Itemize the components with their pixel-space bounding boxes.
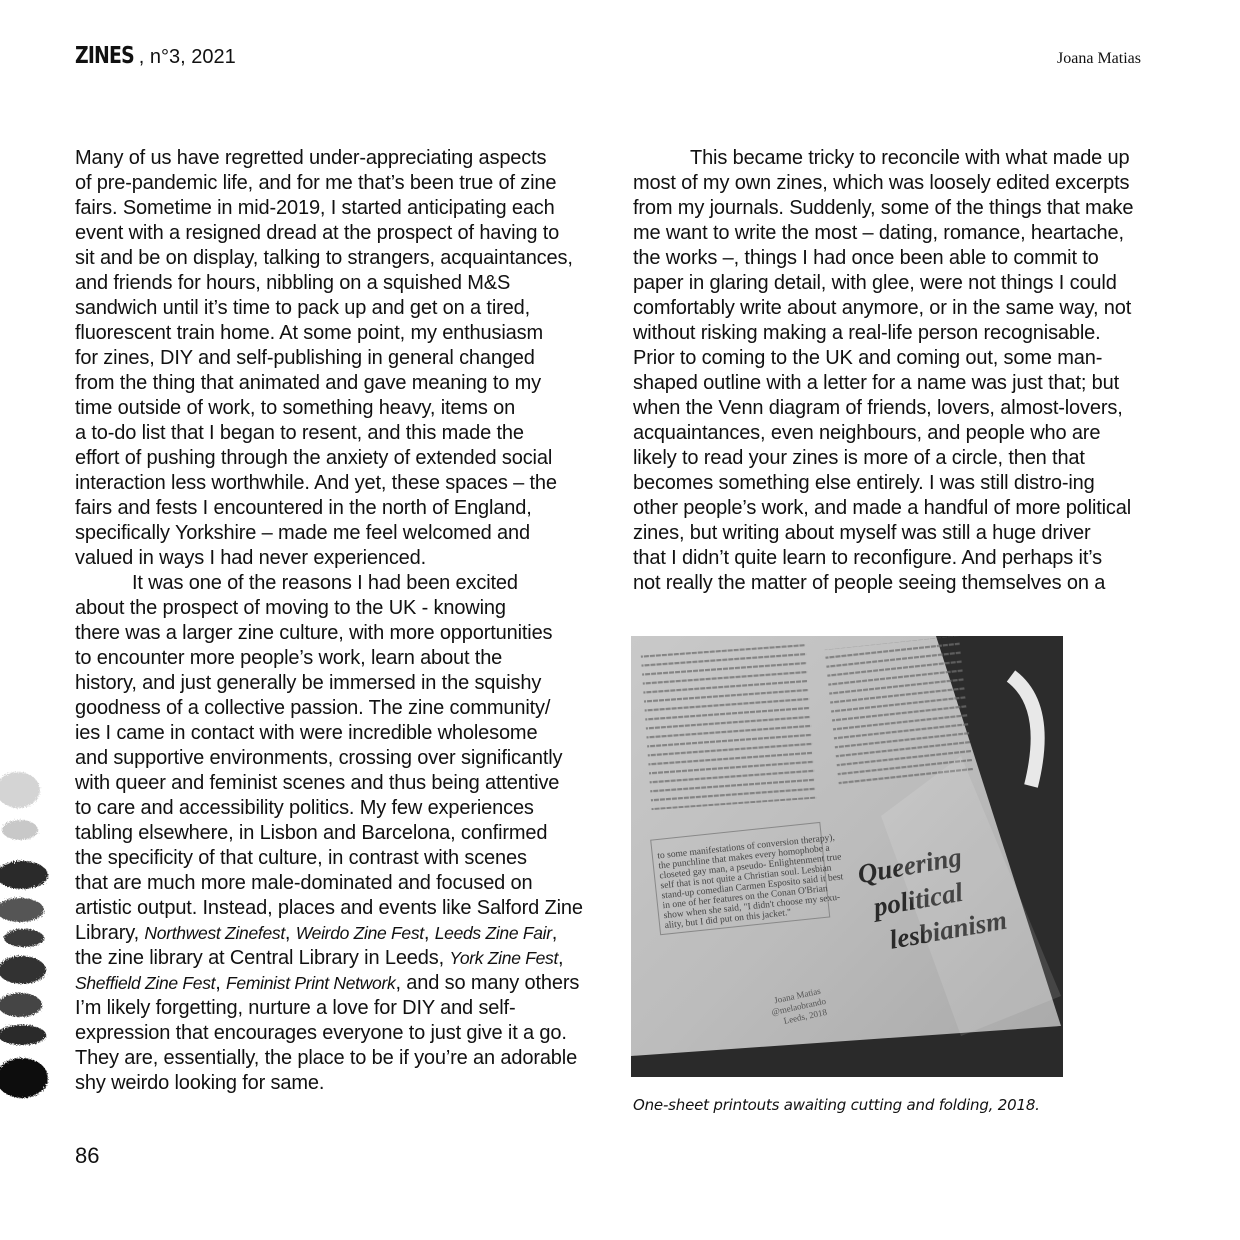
text-line: most of my own zines, which was loosely … [633,171,1178,196]
text-line: sit and be on display, talking to strang… [75,246,605,271]
text-line-with-event-names: Sheffield Zine Fest, Feminist Print Netw… [75,971,605,996]
text-line: that are much more male-dominated and fo… [75,871,605,896]
text-line: time outside of work, to something heavy… [75,396,605,421]
right-text-column: This became tricky to reconcile with wha… [633,146,1178,596]
text-fragment: , [285,922,296,944]
text-fragment: , [552,922,557,944]
text-line: from my journals. Suddenly, some of the … [633,196,1178,221]
event-name-northwest-zinefest: Northwest Zinefest [144,923,285,943]
text-line: becomes something else entirely. I was s… [633,471,1178,496]
text-line: shy weirdo looking for same. [75,1071,605,1096]
left-text-column: Many of us have regretted under-apprecia… [75,146,605,1096]
text-line: specifically Yorkshire – made me feel we… [75,521,605,546]
text-fragment: Library, [75,922,144,944]
text-line: history, and just generally be immersed … [75,671,605,696]
text-line: Prior to coming to the UK and coming out… [633,346,1178,371]
text-line: It was one of the reasons I had been exc… [75,571,605,596]
text-line: valued in ways I had never experienced. [75,546,605,571]
journal-header: ZINES, n°3, 2021 [75,42,236,71]
photo-illustration: to some manifestations of conversion the… [631,636,1063,1077]
text-line: there was a larger zine culture, with mo… [75,621,605,646]
text-line: that I didn’t quite learn to reconfigure… [633,546,1178,571]
event-name-feminist-print-network: Feminist Print Network [226,973,395,993]
text-line: They are, essentially, the place to be i… [75,1046,605,1071]
text-line: and friends for hours, nibbling on a squ… [75,271,605,296]
text-line: ies I came in contact with were incredib… [75,721,605,746]
text-line: zines, but writing about myself was stil… [633,521,1178,546]
text-line: the works –, things I had once been able… [633,246,1178,271]
text-line: not really the matter of people seeing t… [633,571,1178,596]
text-line: This became tricky to reconcile with wha… [633,146,1178,171]
text-line: fairs. Sometime in mid-2019, I started a… [75,196,605,221]
journal-issue: , n°3, 2021 [139,46,236,68]
paragraph-3: This became tricky to reconcile with wha… [633,146,1178,596]
paragraph-2: It was one of the reasons I had been exc… [75,571,605,1096]
text-line: goodness of a collective passion. The zi… [75,696,605,721]
text-line: the specificity of that culture, in cont… [75,846,605,871]
text-line: from the thing that animated and gave me… [75,371,605,396]
text-line: paper in glaring detail, with glee, were… [633,271,1178,296]
text-line: sandwich until it’s time to pack up and … [75,296,605,321]
text-line: about the prospect of moving to the UK -… [75,596,605,621]
text-line: acquaintances, even neighbours, and peop… [633,421,1178,446]
text-line: without risking making a real-life perso… [633,321,1178,346]
text-line: to care and accessibility politics. My f… [75,796,605,821]
text-line: event with a resigned dread at the prosp… [75,221,605,246]
text-line: me want to write the most – dating, roma… [633,221,1178,246]
brush-stroke-decoration [0,760,60,1120]
text-line: and supportive environments, crossing ov… [75,746,605,771]
text-line: I’m likely forgetting, nurture a love fo… [75,996,605,1021]
event-name-sheffield-zine-fest: Sheffield Zine Fest [75,973,215,993]
text-fragment: , [215,972,226,994]
text-line: expression that encourages everyone to j… [75,1021,605,1046]
author-name: Joana Matias [1057,50,1141,68]
text-line: interaction less worthwhile. And yet, th… [75,471,605,496]
event-name-york-zine-fest: York Zine Fest [449,948,558,968]
text-fragment: , and so many others [395,972,579,994]
text-line: fairs and fests I encountered in the nor… [75,496,605,521]
page-number: 86 [75,1143,99,1169]
text-fragment: , [558,947,563,969]
text-line-with-event-names: the zine library at Central Library in L… [75,946,605,971]
text-line: to encounter more people’s work, learn a… [75,646,605,671]
zine-printout-photo: to some manifestations of conversion the… [631,636,1063,1077]
journal-name: ZINES [75,42,134,70]
text-line: other people’s work, and made a handful … [633,496,1178,521]
text-line: of pre-pandemic life, and for me that’s … [75,171,605,196]
text-line: with queer and feminist scenes and thus … [75,771,605,796]
text-line: artistic output. Instead, places and eve… [75,896,605,921]
text-line: Many of us have regretted under-apprecia… [75,146,605,171]
text-line: tabling elsewhere, in Lisbon and Barcelo… [75,821,605,846]
text-line: fluorescent train home. At some point, m… [75,321,605,346]
text-line: when the Venn diagram of friends, lovers… [633,396,1178,421]
text-line: comfortably write about anymore, or in t… [633,296,1178,321]
text-line-with-event-names: Library, Northwest Zinefest, Weirdo Zine… [75,921,605,946]
photo-caption: One-sheet printouts awaiting cutting and… [633,1096,1040,1114]
text-line: shaped outline with a letter for a name … [633,371,1178,396]
paragraph-1: Many of us have regretted under-apprecia… [75,146,605,571]
text-fragment: the zine library at Central Library in L… [75,947,449,969]
text-line: effort of pushing through the anxiety of… [75,446,605,471]
event-name-leeds-zine-fair: Leeds Zine Fair [435,923,552,943]
text-fragment: , [424,922,435,944]
text-line: for zines, DIY and self-publishing in ge… [75,346,605,371]
event-name-weirdo-zine-fest: Weirdo Zine Fest [296,923,424,943]
text-line: a to-do list that I began to resent, and… [75,421,605,446]
text-line: likely to read your zines is more of a c… [633,446,1178,471]
